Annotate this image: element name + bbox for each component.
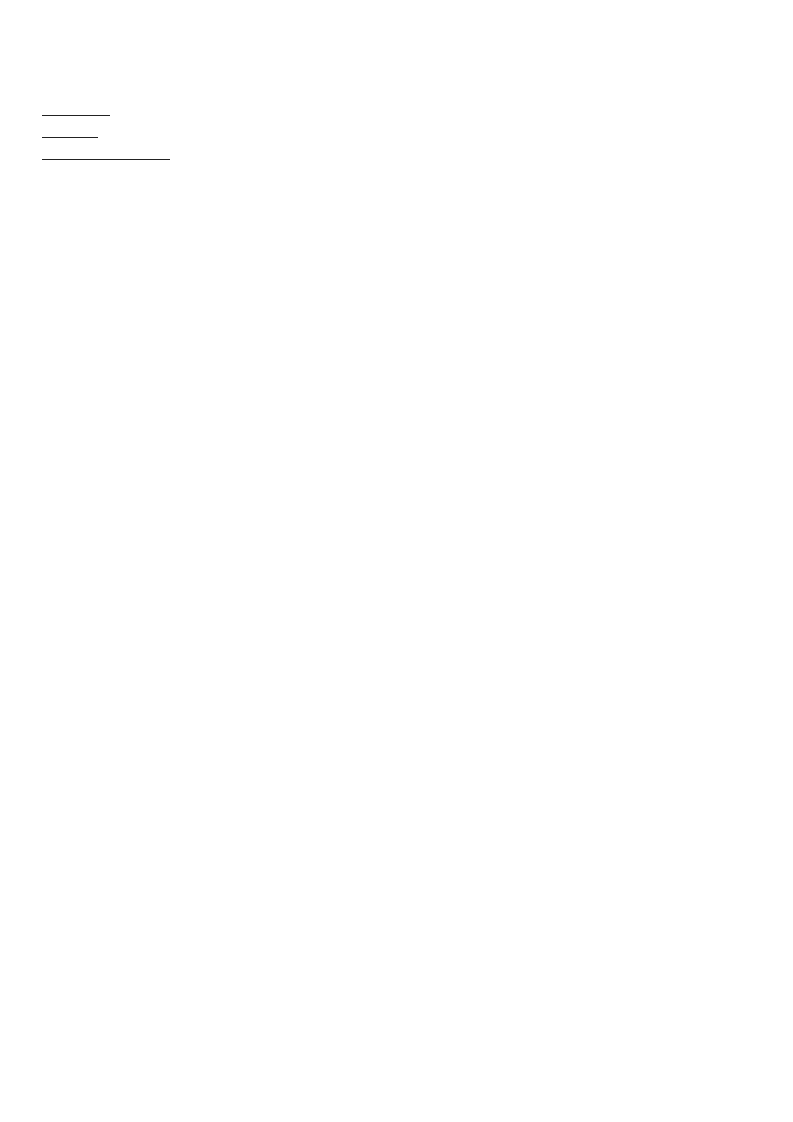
fill-blank-7[interactable] (42, 145, 106, 160)
fill-blank-8[interactable] (106, 145, 170, 160)
intro-line-3 (42, 145, 170, 166)
fill-blank-5[interactable] (42, 101, 110, 116)
intro-line-1 (42, 101, 110, 122)
fill-blank-6[interactable] (42, 123, 98, 138)
intro-line-2 (42, 123, 98, 144)
